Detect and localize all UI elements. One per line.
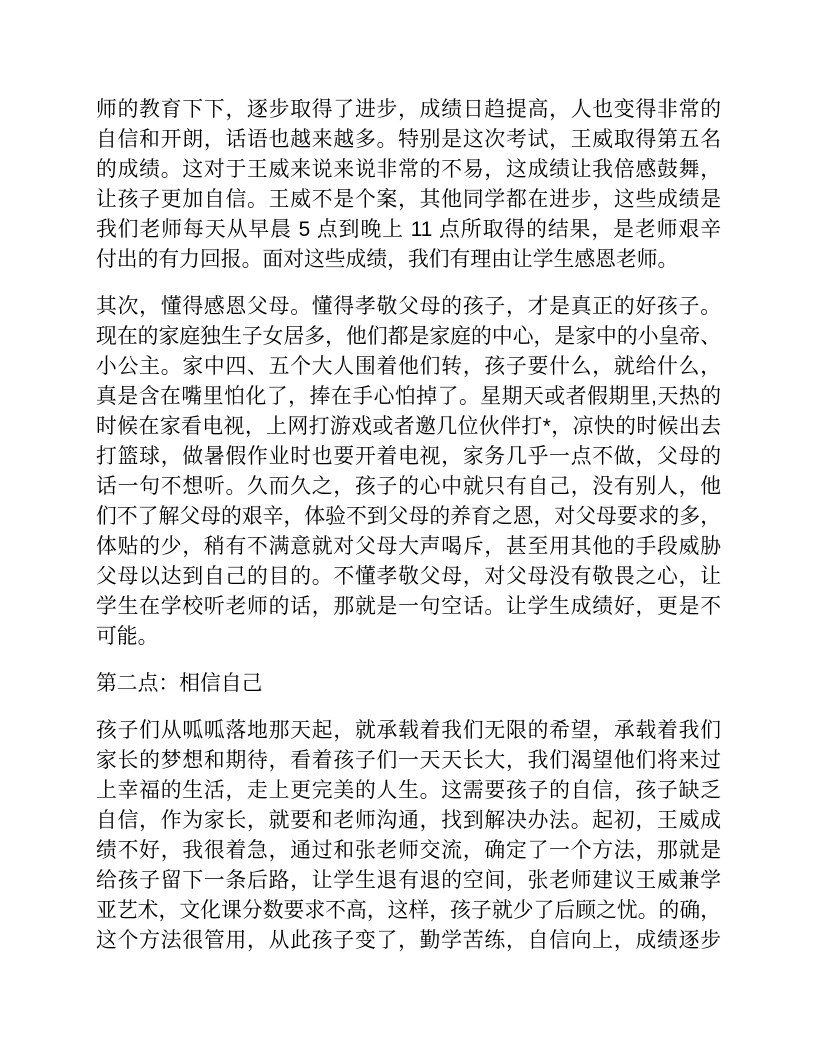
text-line: 自信，作为家长，就要和老师沟通，找到解决办法。起初，王威成 xyxy=(96,806,721,836)
text-line: 父母以达到自己的目的。不懂孝敬父母，对父母没有敬畏之心，让 xyxy=(96,562,721,592)
text-line: 亚艺术，文化课分数要求不高，这样，孩子就少了后顾之忧。的确， xyxy=(96,896,721,926)
text-line: 孩子们从呱呱落地那天起，就承载着我们无限的希望，承载着我们 xyxy=(96,716,721,746)
text-line: 绩不好，我很着急，通过和张老师交流，确定了一个方法，那就是 xyxy=(96,836,721,866)
text-line: 付出的有力回报。面对这些成绩，我们有理由让学生感恩老师。 xyxy=(96,245,721,275)
text-line: 让孩子更加自信。王威不是个案，其他同学都在进步，这些成绩是 xyxy=(96,185,721,215)
text-line: 的成绩。这对于王威来说来说非常的不易，这成绩让我倍感鼓舞， xyxy=(96,155,721,185)
text-line: 自信和开朗，话语也越来越多。特别是这次考试，王威取得第五名 xyxy=(96,125,721,155)
text-line: 学生在学校听老师的话，那就是一句空话。让学生成绩好，更是不 xyxy=(96,592,721,622)
text-line: 体贴的少，稍有不满意就对父母大声喝斥，甚至用其他的手段威胁 xyxy=(96,532,721,562)
text-line: 们不了解父母的艰辛，体验不到父母的养育之恩，对父母要求的多， xyxy=(96,502,721,532)
text-line: 第二点：相信自己 xyxy=(96,669,721,699)
text-line: 可能。 xyxy=(96,622,721,652)
text-line: 真是含在嘴里怕化了，捧在手心怕掉了。星期天或者假期里,天热的 xyxy=(96,382,721,412)
heading-second-point: 第二点：相信自己 xyxy=(96,669,721,699)
text-line: 给孩子留下一条后路，让学生退有退的空间，张老师建议王威兼学 xyxy=(96,866,721,896)
paragraph-parent-gratitude: 其次，懂得感恩父母。懂得孝敬父母的孩子，才是真正的好孩子。现在的家庭独生子女居多… xyxy=(96,292,721,652)
document-content: 师的教育下下，逐步取得了进步，成绩日趋提高，人也变得非常的自信和开朗，话语也越来… xyxy=(96,95,721,956)
text-line: 师的教育下下，逐步取得了进步，成绩日趋提高，人也变得非常的 xyxy=(96,95,721,125)
text-line: 我们老师每天从早晨 5 点到晚上 11 点所取得的结果，是老师艰辛 xyxy=(96,215,721,245)
text-line: 上幸福的生活，走上更完美的人生。这需要孩子的自信，孩子缺乏 xyxy=(96,776,721,806)
text-line: 小公主。家中四、五个大人围着他们转，孩子要什么，就给什么， xyxy=(96,352,721,382)
paragraph-teacher-gratitude: 师的教育下下，逐步取得了进步，成绩日趋提高，人也变得非常的自信和开朗，话语也越来… xyxy=(96,95,721,275)
text-line: 家长的梦想和期待，看着孩子们一天天长大，我们渴望他们将来过 xyxy=(96,746,721,776)
text-line: 话一句不想听。久而久之，孩子的心中就只有自己，没有别人，他 xyxy=(96,472,721,502)
text-line: 这个方法很管用，从此孩子变了，勤学苦练，自信向上，成绩逐步 xyxy=(96,926,721,956)
text-line: 其次，懂得感恩父母。懂得孝敬父母的孩子，才是真正的好孩子。 xyxy=(96,292,721,322)
text-line: 现在的家庭独生子女居多，他们都是家庭的中心，是家中的小皇帝、 xyxy=(96,322,721,352)
paragraph-self-confidence: 孩子们从呱呱落地那天起，就承载着我们无限的希望，承载着我们家长的梦想和期待，看着… xyxy=(96,716,721,956)
text-line: 时候在家看电视，上网打游戏或者邀几位伙伴打*，凉快的时候出去 xyxy=(96,412,721,442)
text-line: 打篮球，做暑假作业时也要开着电视，家务几乎一点不做，父母的 xyxy=(96,442,721,472)
document-page: 师的教育下下，逐步取得了进步，成绩日趋提高，人也变得非常的自信和开朗，话语也越来… xyxy=(0,0,816,1056)
